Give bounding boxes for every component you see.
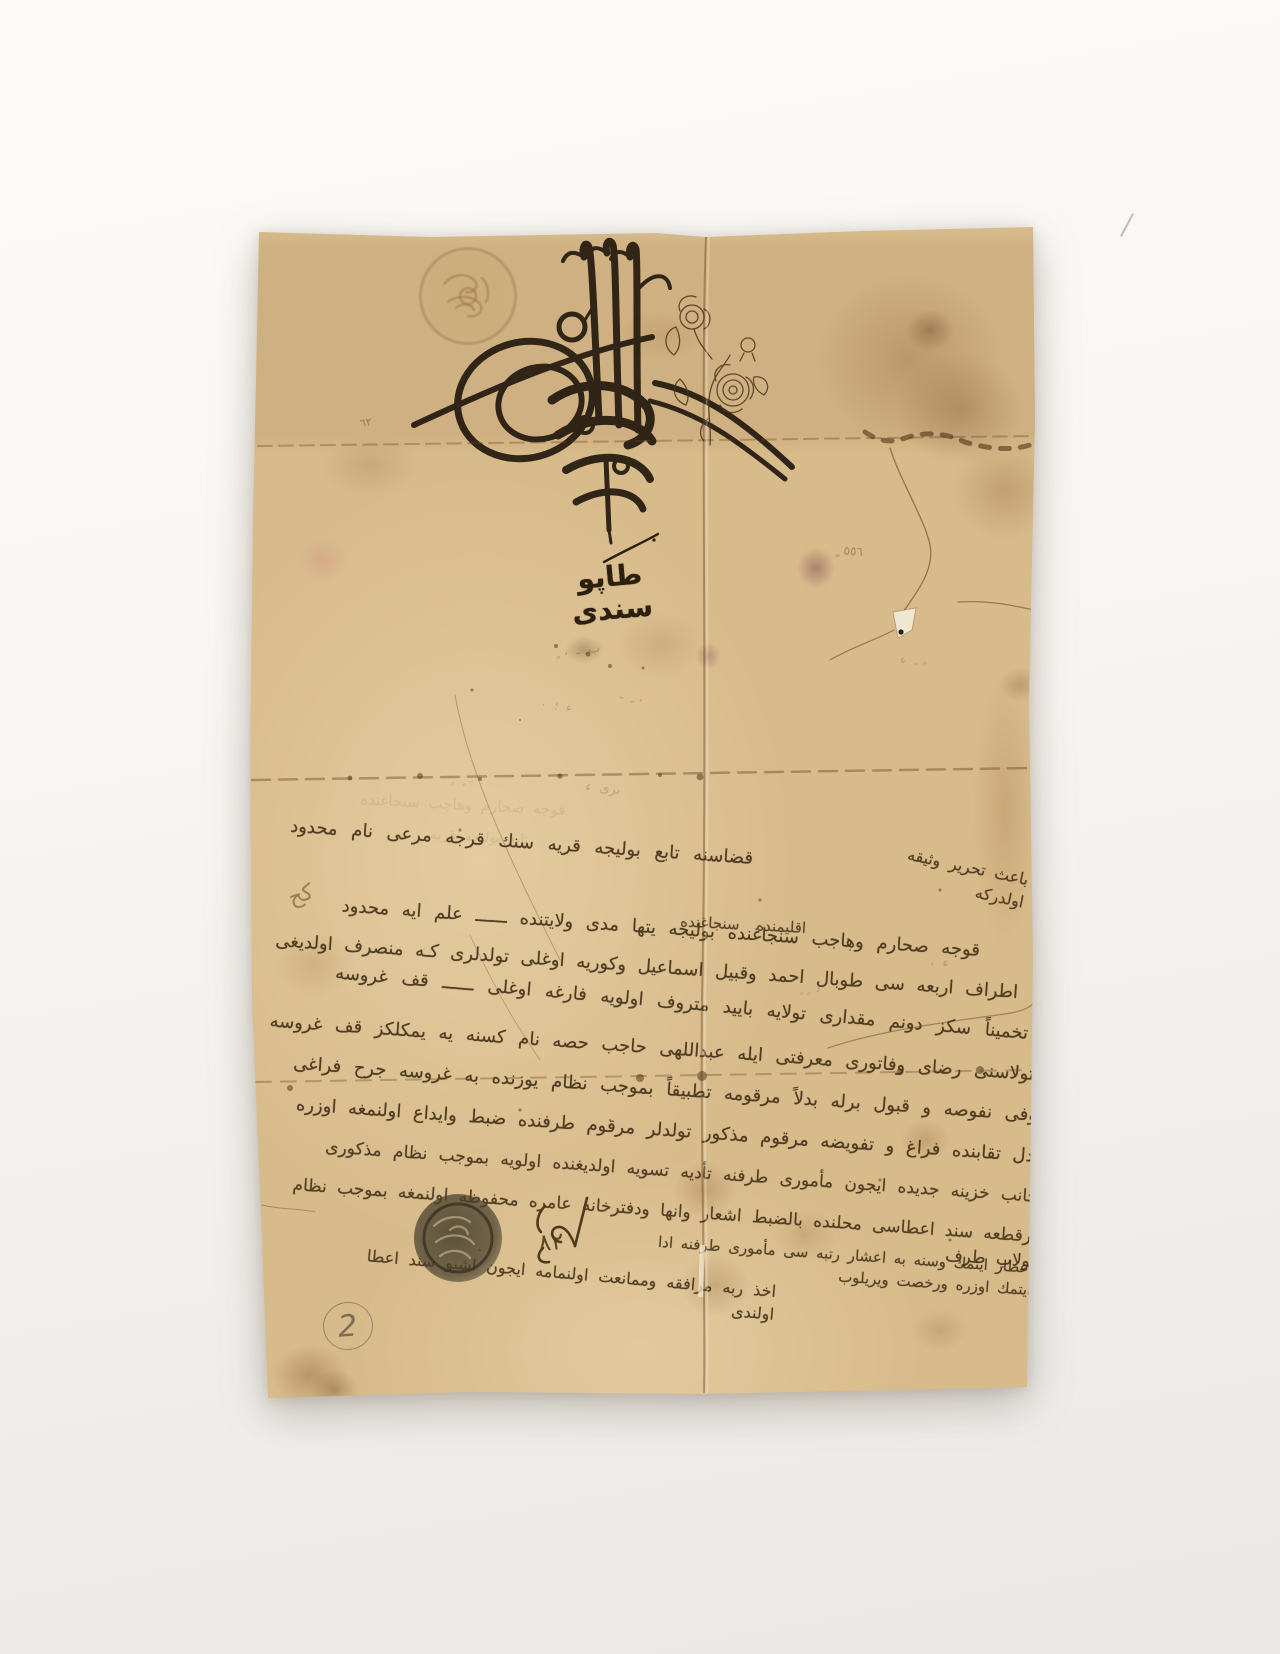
pencil-circle: 2 [320, 1299, 376, 1353]
faded-round-seal-icon [419, 247, 517, 345]
handwritten-line: قوجه صحارم وهاجب سنجاغنده بوليجه يتها مد… [277, 889, 981, 964]
faint-ink-mark: ، ٍ ـ [619, 686, 644, 707]
faint-ink-mark: ٥٥٦ ٍ [835, 542, 863, 561]
document-photo: طاپو سندى قضاسنه تابع بوليجه قريه سنك قر… [0, 0, 1280, 1654]
handwritten-line: اعطار ايتمك وسنه به اعشار رتبه سى مأمورى… [619, 1229, 1033, 1301]
tapu-senedi-label: طاپو سندى [543, 554, 678, 631]
folds-and-cracks [0, 0, 1280, 1654]
pencil-number: 2 [337, 1308, 358, 1344]
faint-ink-mark: ء ؛ ٠ [539, 696, 573, 718]
handwritten-line: برقطعه سند اعطاسى محلنده بالضبط اشعار وا… [260, 1171, 1038, 1274]
faint-ink-mark: كح [284, 877, 317, 915]
photo-backdrop: طاپو سندى قضاسنه تابع بوليجه قريه سنك قر… [0, 0, 1280, 1654]
paper-top-shading [0, 0, 1280, 1654]
dark-round-seal-icon [414, 1194, 502, 1282]
faint-ink-mark: ىرى ء [584, 778, 621, 800]
signature-digits: ٨٢ [537, 1227, 566, 1258]
faded-seal-calligraphy [422, 250, 514, 342]
stains-overlay [0, 0, 1280, 1654]
edge-vignette [0, 0, 1280, 1654]
handwriting-layer: قضاسنه تابع بوليجه قريه سنك قرجه مرعى نا… [0, 0, 1280, 1654]
faint-ink-mark: ء ، [929, 953, 949, 973]
handwritten-line: باعث تحرير وثيقه اولدركه [884, 839, 1031, 913]
faint-ink-mark: قوجه صحارم وهاجب سنجاغنده [360, 789, 566, 821]
handwritten-line: اطراف اربعه سى طوبال احمد وقبيل اسماعيل … [271, 928, 1019, 1006]
handwritten-line: قضاسنه تابع بوليجه قريه سنك قرجه مرعى نا… [283, 813, 754, 872]
handwritten-line: وفى نفوصه و قبول برله بدلاً مرقومه تطبيق… [263, 1049, 1038, 1129]
handwritten-line: تولاسنى رضاى وفاتورى معرفتى ايله عبدالله… [265, 1008, 1035, 1088]
dark-seal-calligraphy [414, 1194, 502, 1282]
faint-ink-mark: د ٍ ٍ [800, 980, 820, 997]
signature-flourish [515, 1192, 615, 1272]
paper-sheet: طاپو سندى قضاسنه تابع بوليجه قريه سنك قر… [0, 0, 1280, 1654]
rose-bouquet-icon [650, 285, 775, 450]
handwritten-line: جانب خزينه جديده ايجون مأمورى طرفنه تأدي… [261, 1131, 1039, 1210]
handwritten-line: تخميناً سكز دونم مقدارى تولايه باييد متر… [268, 955, 1029, 1047]
faint-ink-mark: ٦٢ [359, 414, 373, 432]
faint-ink-mark: ٍ ٍ ء [899, 650, 922, 669]
handwritten-line: اقليمنده سنجاغنده [616, 908, 807, 940]
faint-ink-mark: ـ ٍ ، [449, 770, 474, 790]
faint-ink-mark: تابع بوليجه قريه [430, 825, 529, 850]
handwritten-line: يدل تقابنده فراغ و تفويضه مرقوم مذكور تو… [263, 1090, 1041, 1170]
paper-highlight [0, 0, 1280, 1654]
faint-ink-mark: ب ـ ، ٍ [555, 640, 601, 663]
